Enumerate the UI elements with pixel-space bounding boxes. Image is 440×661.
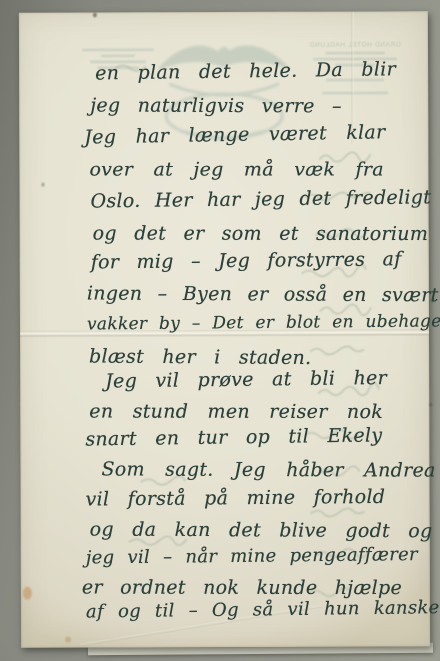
scanned-letter-photo: { "colors": { "mat_background": "#8b8d83… — [0, 0, 440, 661]
photo-vignette — [0, 0, 440, 661]
